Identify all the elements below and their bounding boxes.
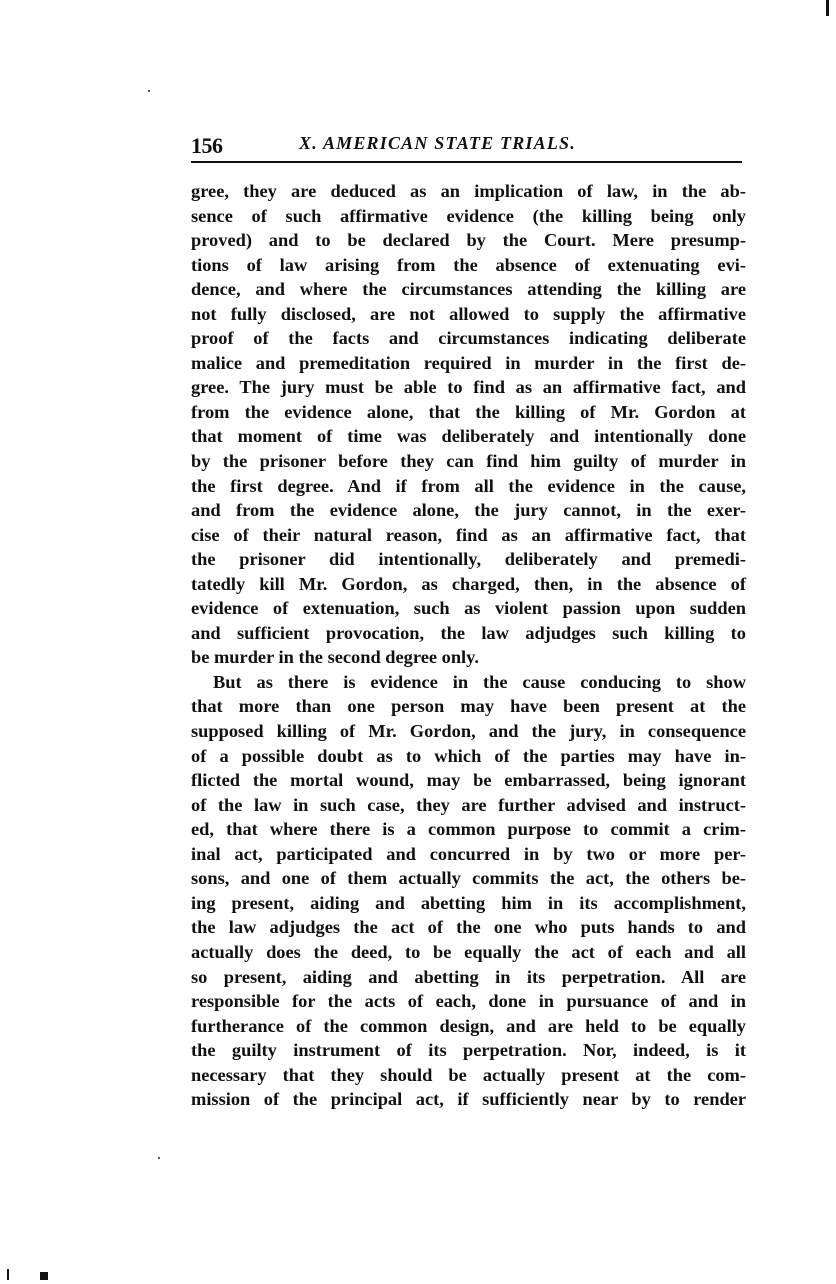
text-line: malice and premeditation required in mur… [191,351,746,376]
text-line: dence, and where the circumstances atten… [191,277,746,302]
text-line: necessary that they should be actually p… [191,1063,746,1088]
scan-edge-mark [826,0,829,16]
paragraph-2: But as there is evidence in the cause co… [191,670,746,1112]
text-line: supposed killing of Mr. Gordon, and the … [191,719,746,744]
page-number: 156 [191,133,223,159]
text-line: gree, they are deduced as an implication… [191,179,746,204]
text-line: be murder in the second degree only. [191,645,746,670]
text-line: inal act, participated and concurred in … [191,842,746,867]
text-line: furtherance of the common design, and ar… [191,1014,746,1039]
text-line: flicted the mortal wound, may be embarra… [191,768,746,793]
text-line: tions of law arising from the absence of… [191,253,746,278]
text-line: that more than one person may have been … [191,694,746,719]
scan-corner-mark [40,1272,48,1280]
text-line: ing present, aiding and abetting him in … [191,891,746,916]
paragraph-1: gree, they are deduced as an implication… [191,179,746,670]
text-line: gree. The jury must be able to find as a… [191,375,746,400]
text-line: cise of their natural reason, find as an… [191,523,746,548]
running-head: 156 X. AMERICAN STATE TRIALS. [191,131,743,161]
text-line: the prisoner did intentionally, delibera… [191,547,746,572]
text-line: so present, aiding and abetting in its p… [191,965,746,990]
text-line: by the prisoner before they can find him… [191,449,746,474]
text-line: sons, and one of them actually commits t… [191,866,746,891]
text-line: sence of such affirmative evidence (the … [191,204,746,229]
text-line: not fully disclosed, are not allowed to … [191,302,746,327]
text-line: responsible for the acts of each, done i… [191,989,746,1014]
scan-speck [158,1157,160,1159]
header-rule [191,161,742,163]
text-line: and sufficient provocation, the law adju… [191,621,746,646]
text-line: tatedly kill Mr. Gordon, as charged, the… [191,572,746,597]
text-line: the first degree. And if from all the ev… [191,474,746,499]
text-line: proof of the facts and circumstances ind… [191,326,746,351]
scan-corner-mark [7,1269,9,1280]
text-line: ed, that where there is a common purpose… [191,817,746,842]
running-title: X. AMERICAN STATE TRIALS. [299,133,576,154]
text-line: actually does the deed, to be equally th… [191,940,746,965]
text-line: proved) and to be declared by the Court.… [191,228,746,253]
text-line: of a possible doubt as to which of the p… [191,744,746,769]
text-line: evidence of extenuation, such as violent… [191,596,746,621]
scan-speck [148,90,150,92]
text-line: But as there is evidence in the cause co… [191,670,746,695]
body-text: gree, they are deduced as an implication… [191,179,746,1112]
text-line: mission of the principal act, if suffici… [191,1087,746,1112]
text-line: the law adjudges the act of the one who … [191,915,746,940]
text-line: and from the evidence alone, the jury ca… [191,498,746,523]
scanned-book-page: 156 X. AMERICAN STATE TRIALS. gree, they… [0,0,836,1284]
text-line: of the law in such case, they are furthe… [191,793,746,818]
text-line: the guilty instrument of its perpetratio… [191,1038,746,1063]
text-line: that moment of time was deliberately and… [191,424,746,449]
text-line: from the evidence alone, that the killin… [191,400,746,425]
